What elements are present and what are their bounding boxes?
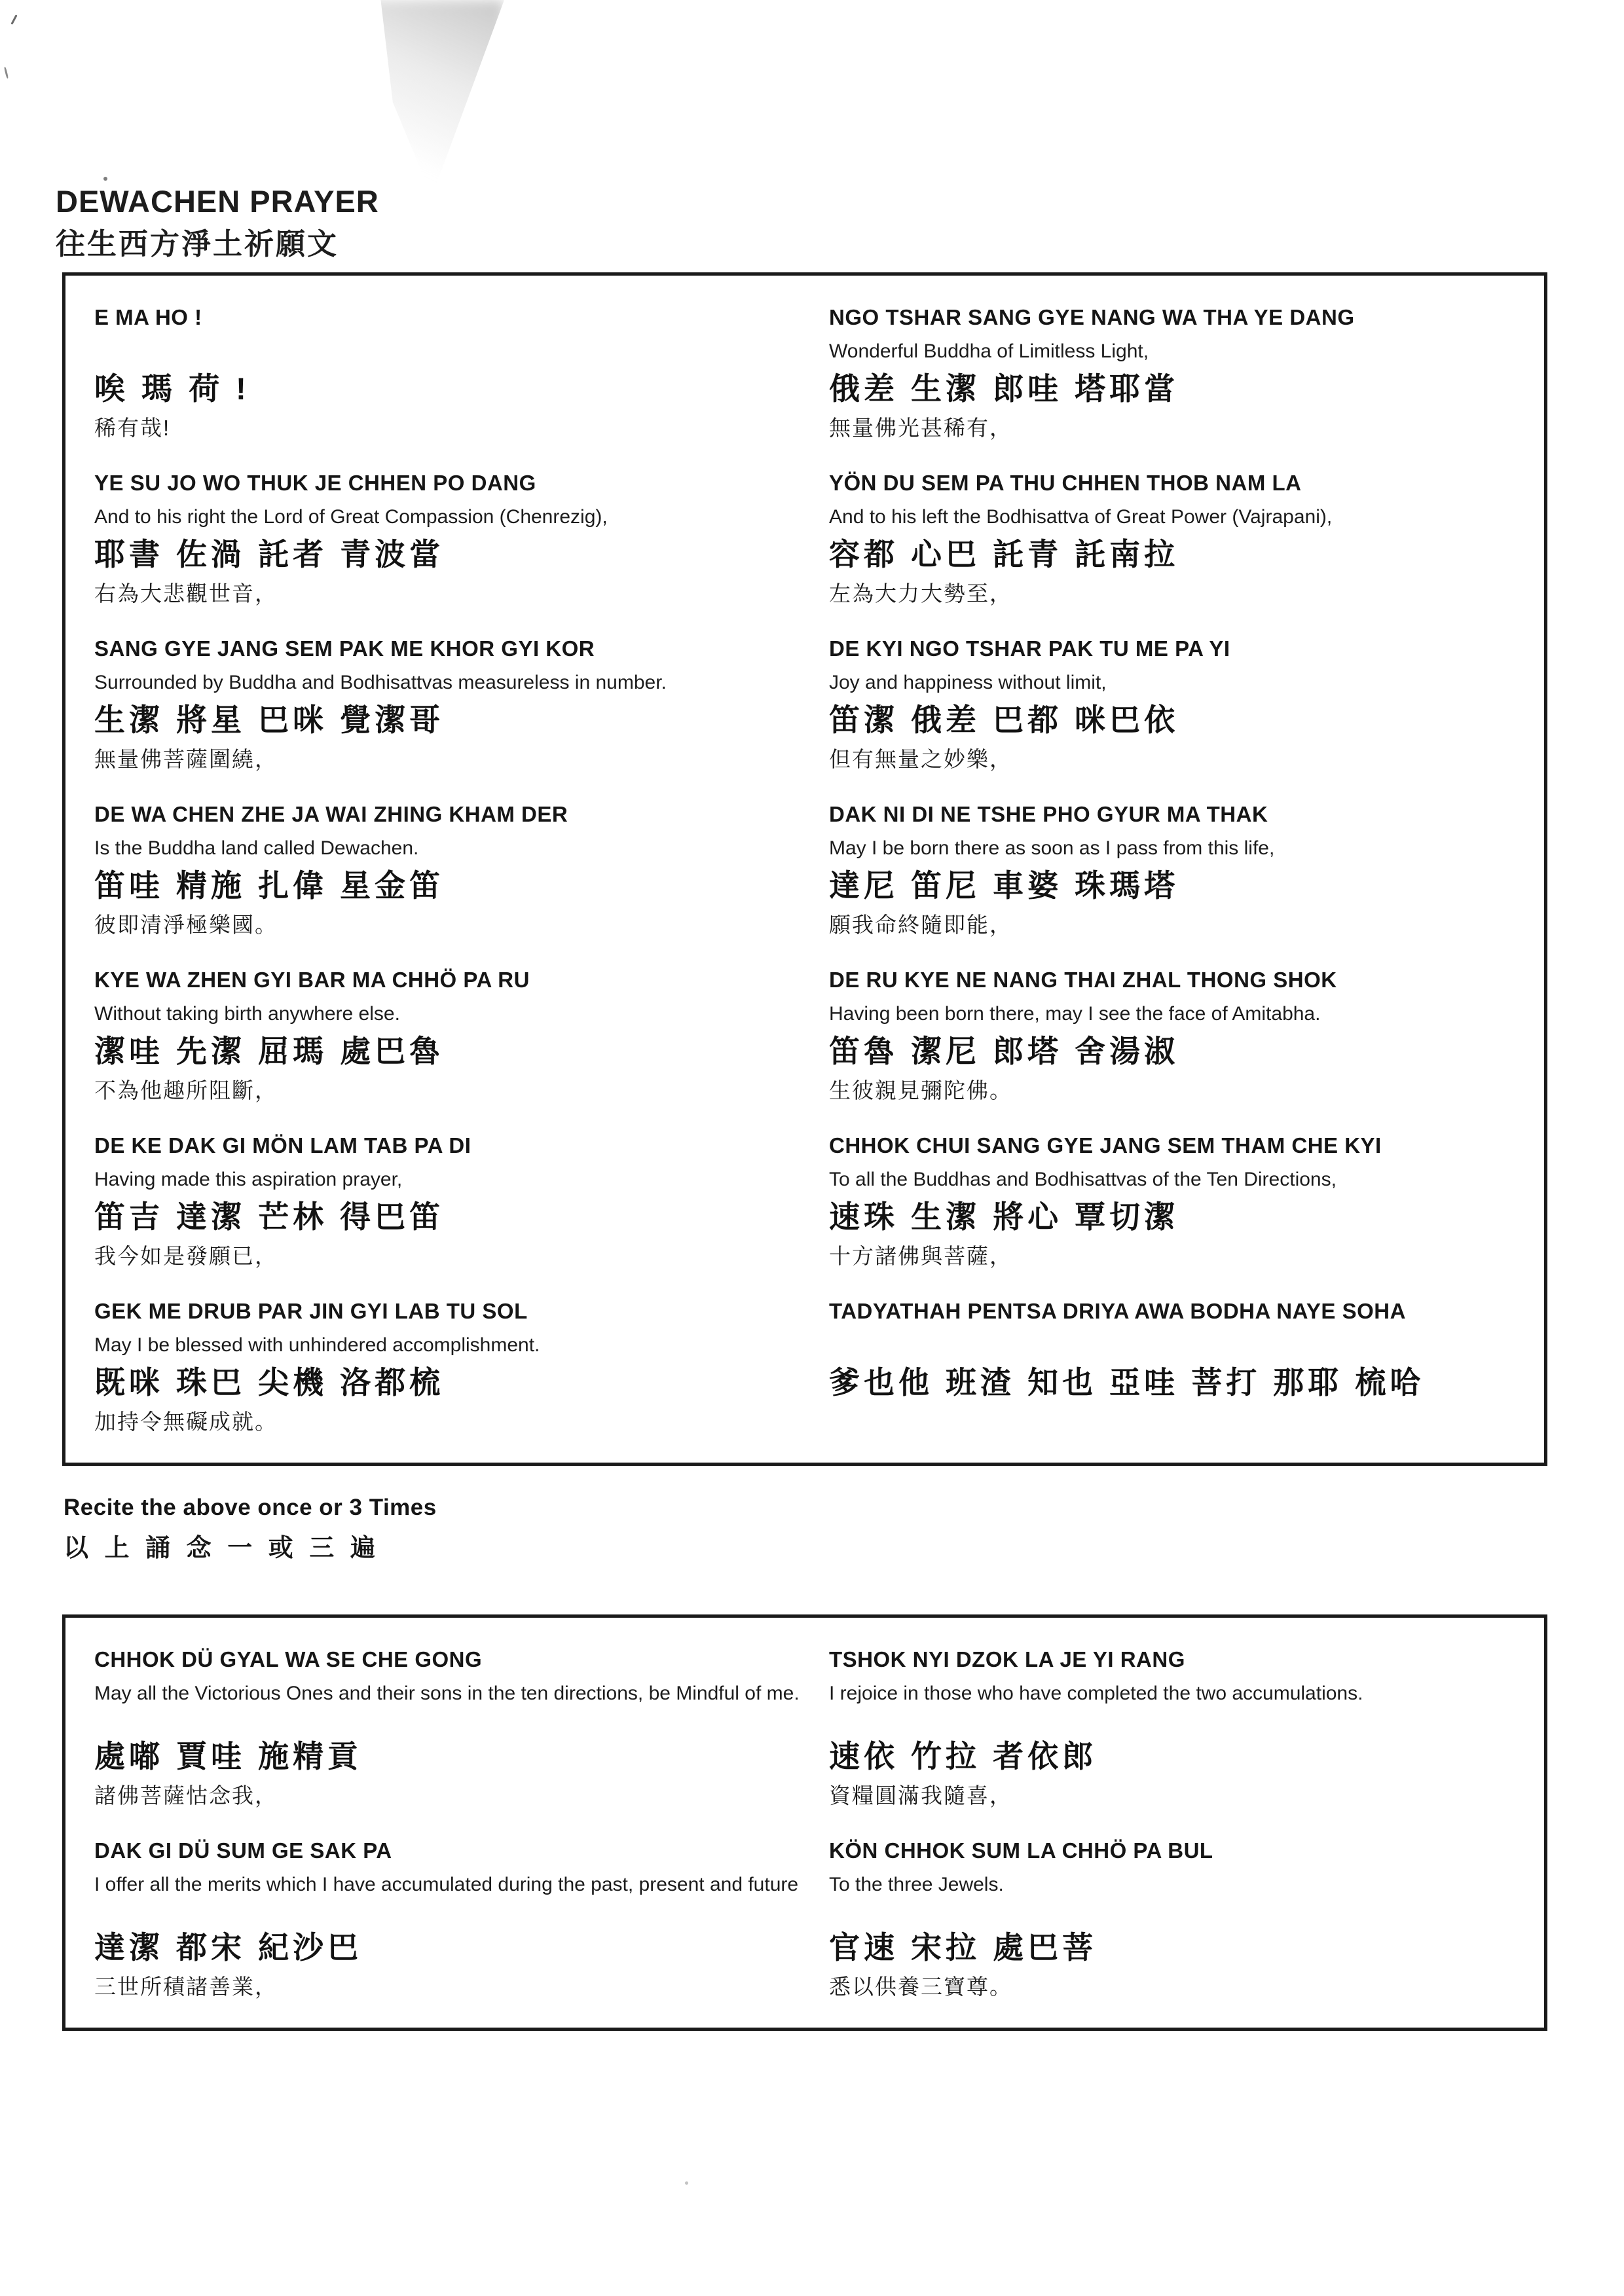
verse-chinese-phonetic: 達尼 笛尼 車婆 珠瑪塔 <box>829 867 1500 905</box>
verse-chinese-translation: 稀有哉! <box>94 414 809 443</box>
verse-row: CHHOK DÜ GYAL WA SE CHE GONGMay all the … <box>94 1647 1519 1810</box>
verse-english-translation <box>829 1332 1500 1358</box>
verse-english-translation: Wonderful Buddha of Limitless Light, <box>829 338 1500 364</box>
verse-transliteration: CHHOK DÜ GYAL WA SE CHE GONG <box>94 1647 809 1673</box>
verse-english-translation: To all the Buddhas and Bodhisattvas of t… <box>829 1167 1500 1192</box>
verse-english-translation: Joy and happiness without limit, <box>829 670 1500 695</box>
verse-english-translation: And to his right the Lord of Great Compa… <box>94 504 809 530</box>
verse-chinese-phonetic: 達潔 都宋 紀沙巴 <box>94 1929 809 1967</box>
verse-block: DE KYI NGO TSHAR PAK TU ME PA YIJoy and … <box>829 636 1519 774</box>
verse-chinese-translation: 我今如是發願已， <box>94 1243 809 1271</box>
verse-chinese-translation: 加持令無礙成就。 <box>94 1408 809 1436</box>
verse-chinese-translation: 無量佛菩薩圍繞， <box>94 746 809 774</box>
verse-block: DE RU KYE NE NANG THAI ZHAL THONG SHOKHa… <box>829 967 1519 1105</box>
recite-instruction-english: Recite the above once or 3 Times <box>64 1495 1624 1521</box>
verse-block: E MA HO !唉 瑪 荷 !稀有哉! <box>94 304 829 443</box>
verse-transliteration: GEK ME DRUB PAR JIN GYI LAB TU SOL <box>94 1298 809 1324</box>
verse-block: TADYATHAH PENTSA DRIYA AWA BODHA NAYE SO… <box>829 1298 1519 1436</box>
verse-english-translation: Without taking birth anywhere else. <box>94 1001 809 1027</box>
verse-english-translation: To the three Jewels. <box>829 1872 1500 1923</box>
verse-english-translation: Having been born there, may I see the fa… <box>829 1001 1500 1027</box>
verse-chinese-translation: 三世所積諸善業， <box>94 1973 809 2001</box>
verse-chinese-phonetic: 爹也他 班渣 知也 亞哇 菩打 那耶 梳哈 <box>829 1364 1500 1402</box>
verse-row: KYE WA ZHEN GYI BAR MA CHHÖ PA RUWithout… <box>94 967 1519 1105</box>
verse-transliteration: E MA HO ! <box>94 304 809 331</box>
verse-chinese-phonetic: 處嘟 賈哇 施精貢 <box>94 1738 809 1776</box>
verse-chinese-phonetic: 潔哇 先潔 屈瑪 處巴魯 <box>94 1032 809 1071</box>
verse-row: DAK GI DÜ SUM GE SAK PAI offer all the m… <box>94 1838 1519 2001</box>
verse-block: KÖN CHHOK SUM LA CHHÖ PA BULTo the three… <box>829 1838 1519 2001</box>
verse-row: YE SU JO WO THUK JE CHHEN PO DANGAnd to … <box>94 470 1519 608</box>
verse-block: TSHOK NYI DZOK LA JE YI RANGI rejoice in… <box>829 1647 1519 1810</box>
page-header: DEWACHEN PRAYER 往生西方淨土祈願文 <box>56 185 1624 262</box>
document-page: { "header": { "title": "DEWACHEN PRAYER"… <box>0 0 1624 2296</box>
verse-english-translation: May I be blessed with unhindered accompl… <box>94 1332 809 1358</box>
verse-chinese-translation: 資糧圓滿我隨喜， <box>829 1782 1500 1810</box>
verse-chinese-translation: 但有無量之妙樂， <box>829 746 1500 774</box>
verse-chinese-translation: 十方諸佛與菩薩， <box>829 1243 1500 1271</box>
verse-row: DE WA CHEN ZHE JA WAI ZHING KHAM DERIs t… <box>94 801 1519 939</box>
verse-block: KYE WA ZHEN GYI BAR MA CHHÖ PA RUWithout… <box>94 967 829 1105</box>
page-title: DEWACHEN PRAYER <box>56 185 1624 219</box>
verse-chinese-phonetic: 既咪 珠巴 尖機 洛都梳 <box>94 1364 809 1402</box>
page-subtitle-chinese: 往生西方淨土祈願文 <box>56 227 1624 262</box>
verse-chinese-translation: 悉以供養三寶尊。 <box>829 1973 1500 2001</box>
verse-transliteration: YÖN DU SEM PA THU CHHEN THOB NAM LA <box>829 470 1500 496</box>
verse-chinese-phonetic: 笛魯 潔尼 郎塔 舍湯淑 <box>829 1032 1500 1071</box>
verse-english-translation <box>94 338 809 364</box>
verse-transliteration: DE WA CHEN ZHE JA WAI ZHING KHAM DER <box>94 801 809 828</box>
verse-chinese-translation: 願我命終隨即能， <box>829 911 1500 939</box>
verse-english-translation: Having made this aspiration prayer, <box>94 1167 809 1192</box>
verse-chinese-phonetic: 速珠 生潔 將心 覃切潔 <box>829 1198 1500 1237</box>
prayer-box-2: CHHOK DÜ GYAL WA SE CHE GONGMay all the … <box>62 1614 1547 2031</box>
verse-chinese-translation: 不為他趣所阻斷， <box>94 1077 809 1105</box>
verse-chinese-translation: 右為大悲觀世音， <box>94 580 809 608</box>
verse-chinese-phonetic: 耶書 佐渦 託者 青波當 <box>94 536 809 574</box>
verse-english-translation: Is the Buddha land called Dewachen. <box>94 835 809 861</box>
verse-transliteration: DAK NI DI NE TSHE PHO GYUR MA THAK <box>829 801 1500 828</box>
verse-transliteration: YE SU JO WO THUK JE CHHEN PO DANG <box>94 470 809 496</box>
verse-chinese-phonetic: 笛吉 達潔 芒林 得巴笛 <box>94 1198 809 1237</box>
prayer-box-1: E MA HO !唉 瑪 荷 !稀有哉!NGO TSHAR SANG GYE N… <box>62 272 1547 1466</box>
verse-chinese-phonetic: 笛潔 俄差 巴都 咪巴依 <box>829 701 1500 740</box>
verse-chinese-phonetic: 唉 瑪 荷 ! <box>94 370 809 409</box>
recite-instruction: Recite the above once or 3 Times 以 上 誦 念… <box>64 1495 1624 1563</box>
verse-transliteration: DAK GI DÜ SUM GE SAK PA <box>94 1838 809 1864</box>
verse-transliteration: DE KYI NGO TSHAR PAK TU ME PA YI <box>829 636 1500 662</box>
verse-chinese-translation: 左為大力大勢至， <box>829 580 1500 608</box>
verse-english-translation: May I be born there as soon as I pass fr… <box>829 835 1500 861</box>
verse-chinese-translation: 生彼親見彌陀佛。 <box>829 1077 1500 1105</box>
verse-chinese-translation <box>829 1408 1500 1436</box>
verse-transliteration: TSHOK NYI DZOK LA JE YI RANG <box>829 1647 1500 1673</box>
verse-block: YE SU JO WO THUK JE CHHEN PO DANGAnd to … <box>94 470 829 608</box>
verse-block: DE KE DAK GI MÖN LAM TAB PA DIHaving mad… <box>94 1133 829 1271</box>
recite-instruction-chinese: 以 上 誦 念 一 或 三 遍 <box>64 1527 1624 1563</box>
verse-row: E MA HO !唉 瑪 荷 !稀有哉!NGO TSHAR SANG GYE N… <box>94 304 1519 443</box>
verse-chinese-translation: 彼即清淨極樂國。 <box>94 911 809 939</box>
verse-block: DAK GI DÜ SUM GE SAK PAI offer all the m… <box>94 1838 829 2001</box>
verse-transliteration: KÖN CHHOK SUM LA CHHÖ PA BUL <box>829 1838 1500 1864</box>
verse-chinese-translation: 無量佛光甚稀有， <box>829 414 1500 443</box>
verse-block: CHHOK DÜ GYAL WA SE CHE GONGMay all the … <box>94 1647 829 1810</box>
verse-transliteration: NGO TSHAR SANG GYE NANG WA THA YE DANG <box>829 304 1500 331</box>
verse-english-translation: May all the Victorious Ones and their so… <box>94 1681 809 1732</box>
verse-block: CHHOK CHUI SANG GYE JANG SEM THAM CHE KY… <box>829 1133 1519 1271</box>
verse-english-translation: I offer all the merits which I have accu… <box>94 1872 809 1923</box>
verse-chinese-translation: 諸佛菩薩怙念我， <box>94 1782 809 1810</box>
verse-block: NGO TSHAR SANG GYE NANG WA THA YE DANGWo… <box>829 304 1519 443</box>
verse-chinese-phonetic: 容都 心巴 託青 託南拉 <box>829 536 1500 574</box>
verse-block: SANG GYE JANG SEM PAK ME KHOR GYI KORSur… <box>94 636 829 774</box>
scan-speck <box>685 2181 688 2185</box>
verse-block: YÖN DU SEM PA THU CHHEN THOB NAM LAAnd t… <box>829 470 1519 608</box>
verse-transliteration: TADYATHAH PENTSA DRIYA AWA BODHA NAYE SO… <box>829 1298 1500 1324</box>
verse-row: GEK ME DRUB PAR JIN GYI LAB TU SOLMay I … <box>94 1298 1519 1436</box>
verse-chinese-phonetic: 俄差 生潔 郎哇 塔耶當 <box>829 370 1500 409</box>
page-content: DEWACHEN PRAYER 往生西方淨土祈願文 E MA HO !唉 瑪 荷… <box>0 0 1624 2031</box>
verse-chinese-phonetic: 速依 竹拉 者依郎 <box>829 1738 1500 1776</box>
verse-transliteration: KYE WA ZHEN GYI BAR MA CHHÖ PA RU <box>94 967 809 993</box>
verse-row: DE KE DAK GI MÖN LAM TAB PA DIHaving mad… <box>94 1133 1519 1271</box>
verse-transliteration: DE KE DAK GI MÖN LAM TAB PA DI <box>94 1133 809 1159</box>
verse-transliteration: DE RU KYE NE NANG THAI ZHAL THONG SHOK <box>829 967 1500 993</box>
verse-chinese-phonetic: 生潔 將星 巴咪 覺潔哥 <box>94 701 809 740</box>
verse-block: DE WA CHEN ZHE JA WAI ZHING KHAM DERIs t… <box>94 801 829 939</box>
verse-transliteration: CHHOK CHUI SANG GYE JANG SEM THAM CHE KY… <box>829 1133 1500 1159</box>
verse-english-translation: Surrounded by Buddha and Bodhisattvas me… <box>94 670 809 695</box>
verse-english-translation: And to his left the Bodhisattva of Great… <box>829 504 1500 530</box>
verse-row: SANG GYE JANG SEM PAK ME KHOR GYI KORSur… <box>94 636 1519 774</box>
verse-block: GEK ME DRUB PAR JIN GYI LAB TU SOLMay I … <box>94 1298 829 1436</box>
verse-transliteration: SANG GYE JANG SEM PAK ME KHOR GYI KOR <box>94 636 809 662</box>
verse-chinese-phonetic: 官速 宋拉 處巴菩 <box>829 1929 1500 1967</box>
verse-block: DAK NI DI NE TSHE PHO GYUR MA THAKMay I … <box>829 801 1519 939</box>
scan-speck <box>103 177 107 181</box>
verse-english-translation: I rejoice in those who have completed th… <box>829 1681 1500 1732</box>
verse-chinese-phonetic: 笛哇 精施 扎偉 星金笛 <box>94 867 809 905</box>
